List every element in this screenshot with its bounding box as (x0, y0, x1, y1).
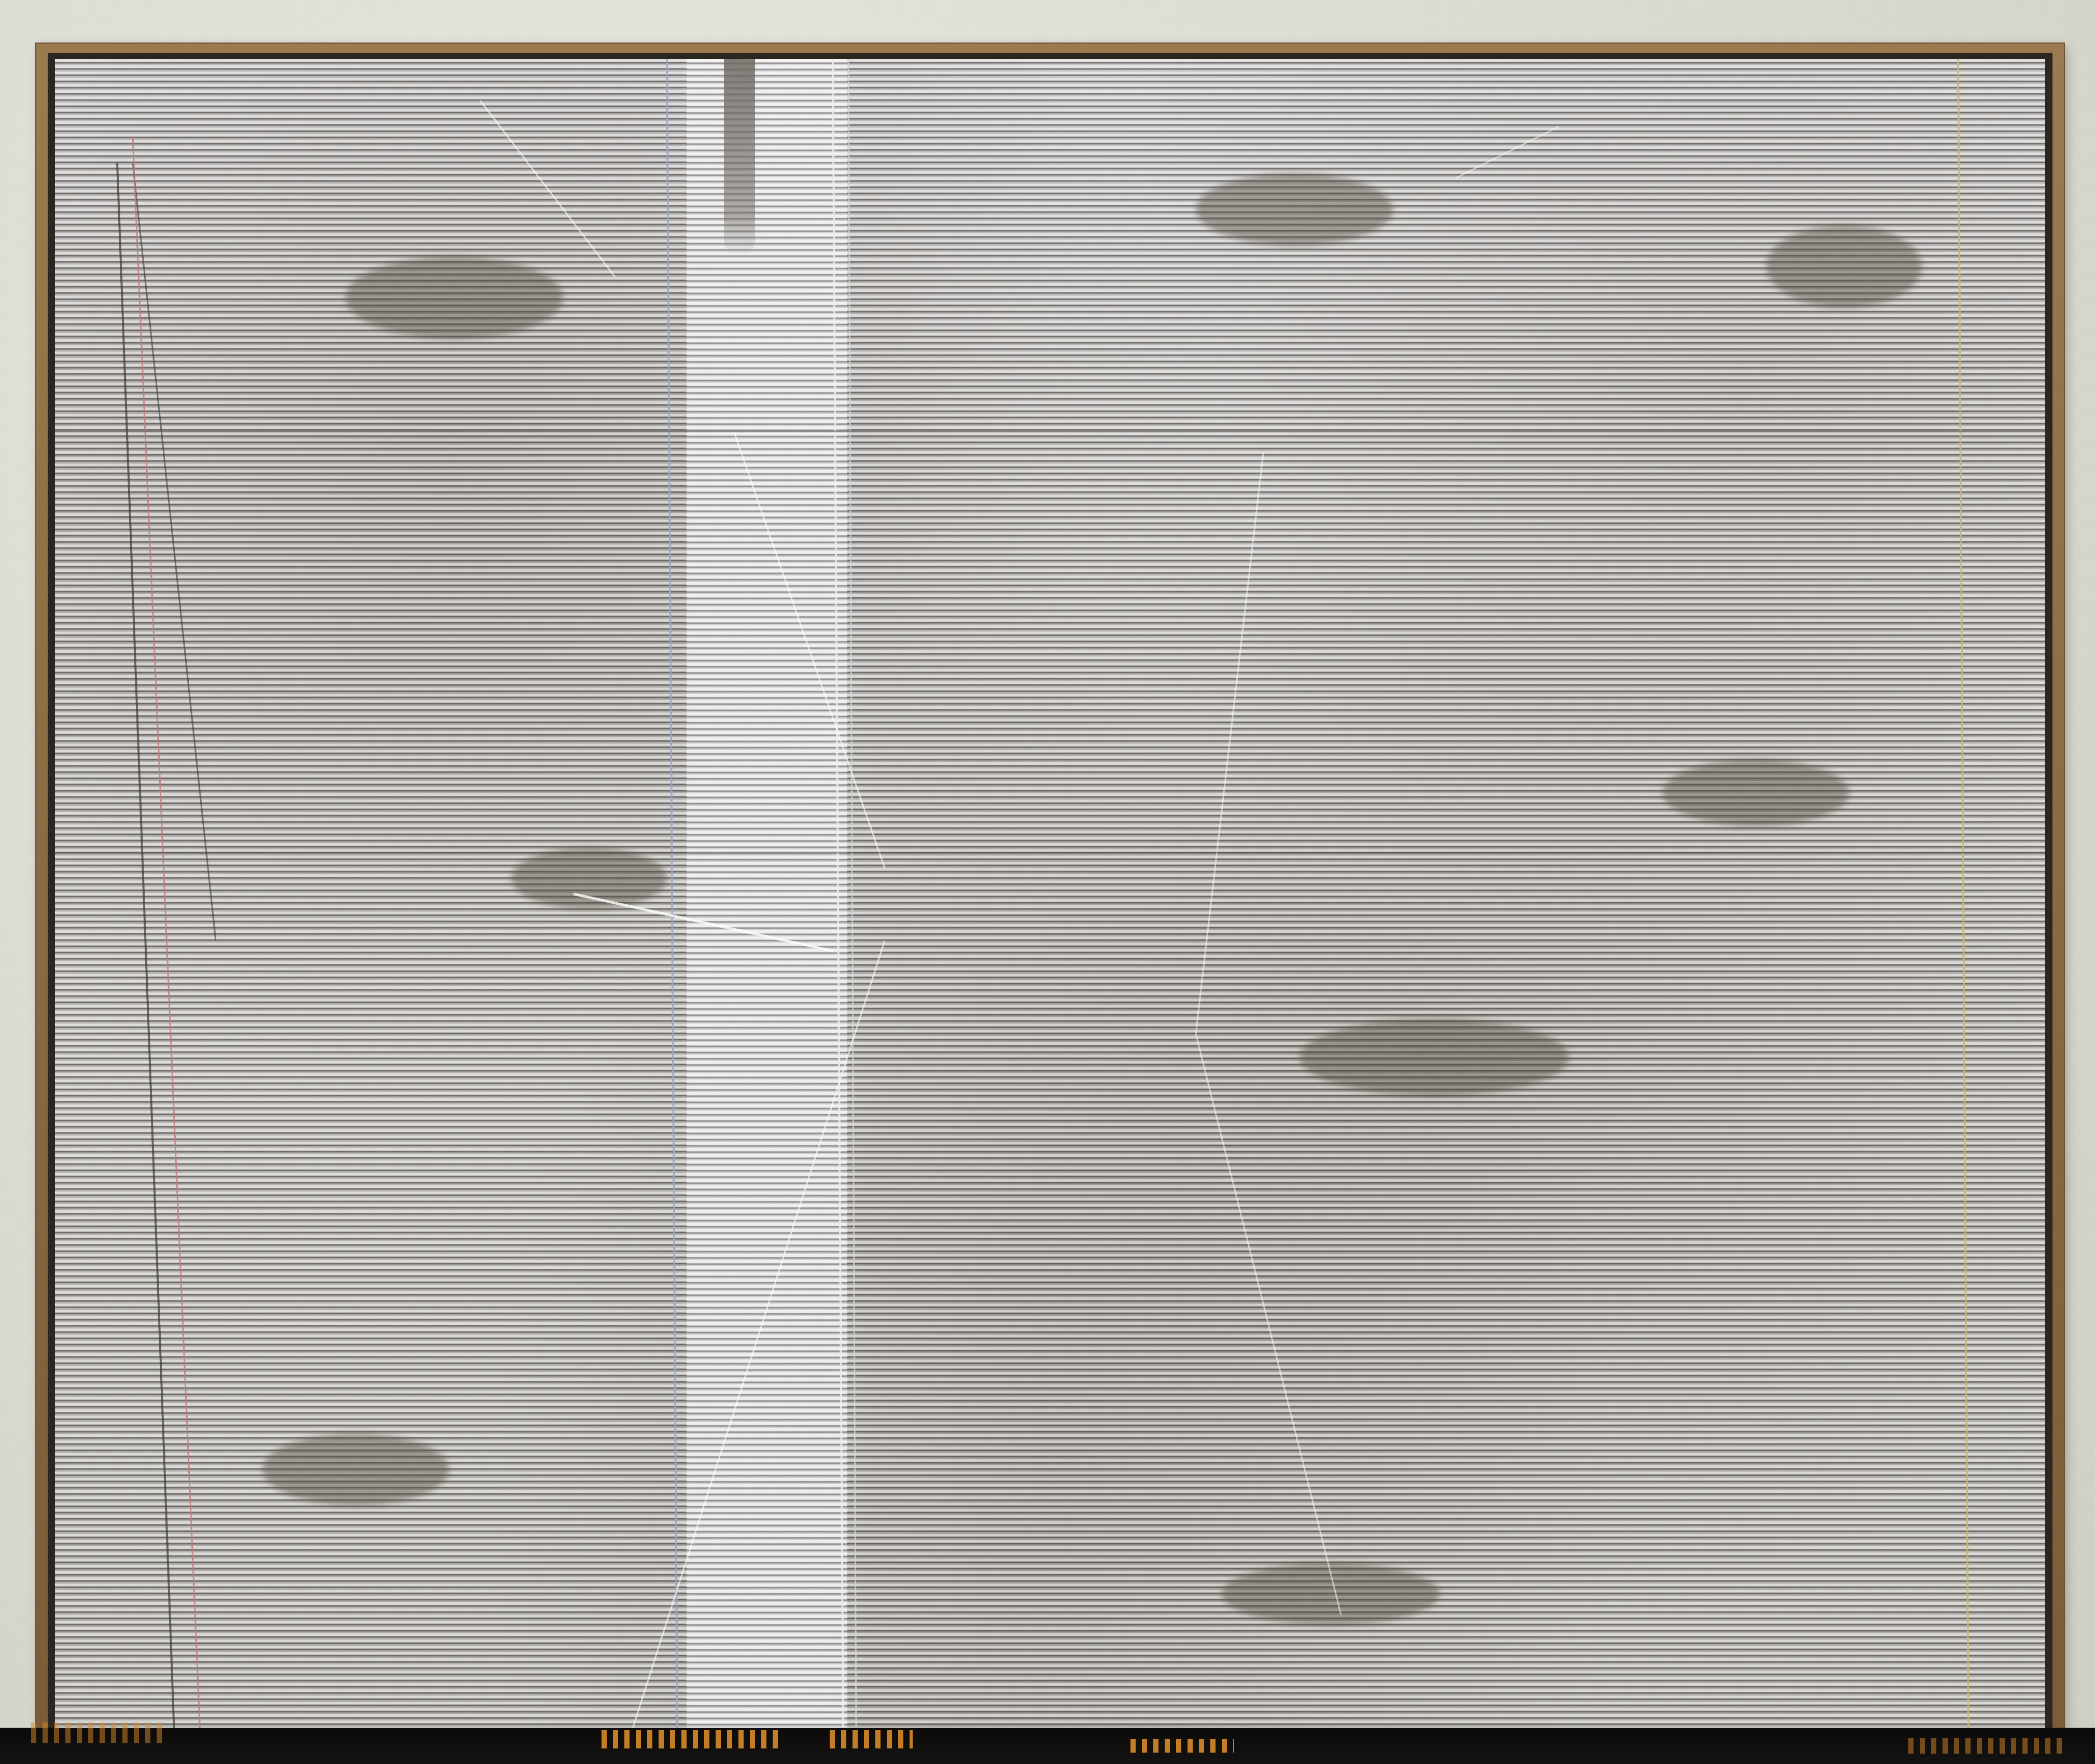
painting-canvas (55, 59, 2045, 1732)
film-edge-marks (31, 1723, 166, 1743)
film-edge-strip (0, 1728, 2095, 1764)
thread-lines (55, 59, 2045, 1732)
white-curve-line (631, 941, 885, 1732)
white-diagonal-line (480, 101, 615, 277)
blue-thread (667, 59, 677, 1732)
dark-diagonal-thread (133, 163, 216, 941)
dark-diagonal-thread (117, 163, 174, 1732)
film-edge-marks (830, 1730, 913, 1748)
white-diagonal-line (734, 432, 885, 868)
white-diagonal-line (1196, 1034, 1341, 1615)
film-edge-marks (1130, 1739, 1234, 1753)
white-diagonal-line (1455, 127, 1559, 178)
yellow-thread (1958, 59, 1968, 1732)
white-diagonal-line (1196, 453, 1263, 1034)
film-edge-marks (602, 1730, 778, 1748)
white-vertical-thread (833, 59, 843, 1732)
white-vertical-thread (848, 59, 856, 1732)
film-edge-marks (1908, 1738, 2064, 1754)
white-diagonal-line (574, 894, 833, 951)
picture-frame (36, 44, 2064, 1744)
